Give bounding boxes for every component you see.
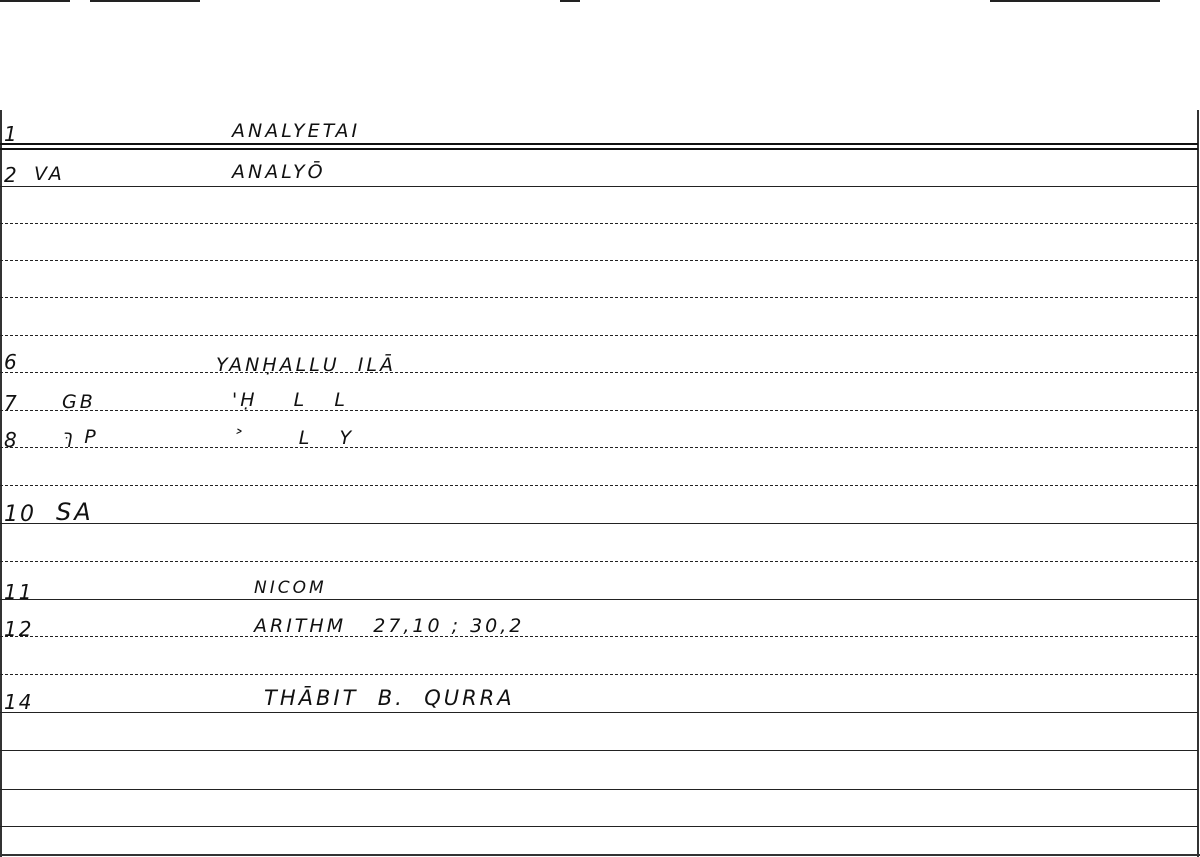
ruled-line	[0, 561, 1198, 562]
ruled-line	[0, 143, 1198, 145]
ruled-line	[0, 223, 1198, 224]
line-number: 8	[4, 430, 19, 450]
entry-text: 'Ḥ L L	[232, 391, 348, 410]
ruled-line	[0, 447, 1198, 448]
siglum: ךּ P	[62, 428, 99, 447]
ruled-line	[0, 826, 1198, 827]
ruled-line	[0, 297, 1198, 298]
ruled-line	[0, 674, 1198, 675]
siglum: VA	[34, 165, 65, 184]
line-number: 12	[4, 619, 33, 639]
line-number: 14	[4, 692, 33, 712]
entry-text: YANḤALLU ILĀ	[216, 356, 396, 375]
line-number: 1	[4, 124, 19, 144]
ruled-line	[0, 260, 1198, 261]
ruled-line	[0, 148, 1198, 150]
ruled-line	[0, 186, 1198, 187]
entry-text: ANALYETAI	[232, 122, 360, 141]
card-top-edge	[0, 0, 1200, 2]
ruled-line	[0, 712, 1198, 713]
entry-text: ARITHM 27,10 ; 30,2	[254, 617, 524, 636]
ruled-line	[0, 372, 1198, 373]
siglum: SA	[56, 500, 94, 524]
ruled-line	[0, 636, 1198, 637]
ruled-line	[0, 789, 1198, 790]
line-number: 6	[4, 352, 19, 372]
ruled-line	[0, 750, 1198, 751]
siglum: GB	[62, 393, 96, 412]
ruled-line	[0, 335, 1198, 336]
card-bottom-edge	[0, 854, 1200, 856]
ruled-line	[0, 599, 1198, 600]
line-number: 2	[4, 165, 19, 185]
ruled-line	[0, 410, 1198, 411]
line-number: 7	[4, 393, 19, 413]
line-number: 10	[4, 504, 36, 526]
line-number: 11	[4, 582, 33, 602]
entry-text: NICOM	[254, 580, 327, 597]
entry-text: ˃ L Y	[232, 429, 354, 448]
entry-text: THĀBIT B. QURRA	[264, 688, 515, 709]
ruled-line	[0, 523, 1198, 524]
index-card: 1 ANALYETAI 2 VA ANALYŌ 6 YANḤALLU ILĀ 7…	[0, 0, 1200, 857]
ruled-line	[0, 485, 1198, 486]
entry-text: ANALYŌ	[232, 163, 326, 182]
